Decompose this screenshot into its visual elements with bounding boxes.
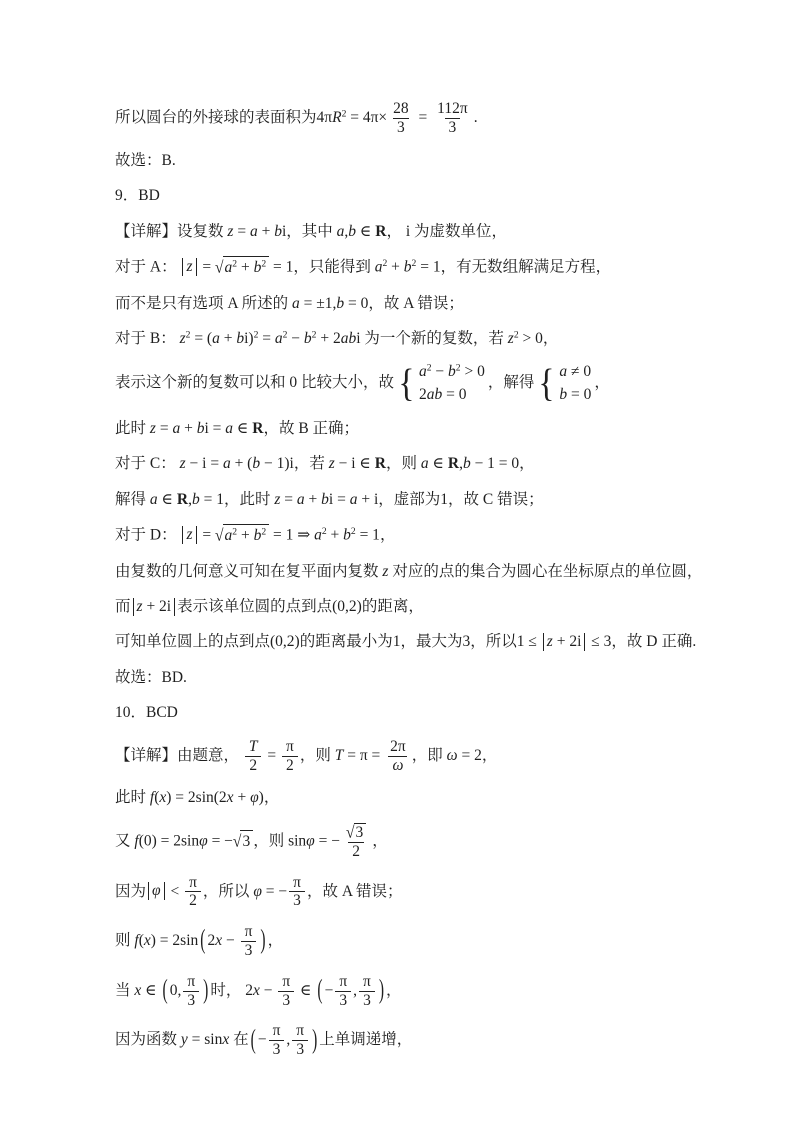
- close-paren: ): [203, 971, 208, 1010]
- math-run: 2π: [390, 738, 406, 755]
- paren-content: 2x − π3: [207, 923, 258, 960]
- text-run: ，若: [294, 455, 329, 472]
- text-run: 表示这个新的复数可以和: [115, 375, 289, 392]
- text-run: 因为: [115, 882, 146, 899]
- cases-row: 2ab = 0: [419, 386, 485, 405]
- text-run: ，则: [300, 747, 335, 764]
- superscript: 2: [261, 527, 266, 538]
- math-run: i =: [329, 491, 350, 508]
- text-run: 【详解】设复数: [115, 223, 227, 240]
- math-run: +: [305, 491, 322, 508]
- fraction-numerator: π: [282, 738, 298, 756]
- math-run: −: [325, 982, 334, 999]
- text-run: ，故 C 错误；: [448, 491, 544, 508]
- math-run: 2: [249, 757, 257, 774]
- cases-rows: a ≠ 0b = 0: [559, 363, 591, 404]
- math-run: π: [282, 973, 290, 990]
- absolute-value: z: [182, 258, 196, 276]
- fraction: π2: [185, 874, 201, 911]
- math-variable: b: [404, 258, 412, 275]
- open-paren: (: [163, 971, 168, 1010]
- text-run: 故选：BD.: [115, 669, 187, 686]
- math-run: ∈: [429, 455, 448, 472]
- fraction-denominator: ω: [388, 756, 407, 775]
- math-run: ≤ 3: [587, 633, 611, 650]
- paren-group: (−π3,π3): [249, 1022, 320, 1059]
- fraction-numerator: π: [335, 973, 351, 991]
- math-variable: b: [236, 330, 244, 347]
- math-run: + (: [231, 455, 253, 472]
- math-run: −: [222, 932, 239, 949]
- fraction-numerator: π: [269, 1022, 285, 1040]
- math-run: =: [280, 491, 297, 508]
- cases-rows: a2 − b2 > 02ab = 0: [419, 363, 485, 404]
- fraction-numerator: π: [292, 1022, 308, 1040]
- math-variable: a: [212, 330, 220, 347]
- math-run: +: [258, 223, 275, 240]
- math-variable: T: [249, 738, 258, 755]
- math-run: = 0: [442, 386, 466, 403]
- document-line: 解得 a ∈ R,b = 1，此时 z = a + bi = a + i，虚部为…: [115, 489, 715, 511]
- math-run: −: [258, 1031, 267, 1048]
- radical-sign-icon: √: [215, 524, 224, 548]
- text-run: 可知单位圆上的点到点: [115, 633, 270, 650]
- text-run: 对于 C：: [115, 455, 180, 472]
- math-run: 1: [440, 491, 448, 508]
- brace-icon: {: [398, 367, 414, 401]
- math-run: 3: [187, 992, 195, 1009]
- document-line: 【详解】由题意， T2 = π2，则 T = π = 2πω，即 ω = 2，: [115, 738, 715, 775]
- text-run: 当: [115, 982, 134, 999]
- fraction: π3: [359, 973, 375, 1010]
- fraction-numerator: T: [245, 738, 262, 756]
- math-run: (0) = 2sin: [139, 832, 199, 849]
- document-line: 而z + 2i表示该单位圆的点到点(0,2)的距离，: [115, 596, 715, 618]
- fraction-numerator: √3: [342, 823, 370, 842]
- math-variable: b: [559, 386, 567, 403]
- math-run: π: [286, 738, 294, 755]
- math-variable: ω: [392, 757, 403, 774]
- radicand: a2 + b2: [223, 256, 270, 279]
- math-run: = 2: [458, 747, 482, 764]
- fraction-denominator: 3: [359, 991, 375, 1010]
- fraction: π3: [278, 973, 294, 1010]
- math-variable: x: [253, 982, 260, 999]
- math-variable: a: [559, 363, 567, 380]
- fraction: T2: [245, 738, 262, 775]
- fraction: π3: [269, 1022, 285, 1059]
- fraction: π3: [241, 923, 257, 960]
- math-bold-set-symbol: R: [375, 223, 386, 240]
- fraction: π3: [183, 973, 199, 1010]
- math-variable: z: [186, 526, 192, 543]
- fraction-numerator: π: [289, 874, 305, 892]
- math-run: − i ∈: [335, 455, 375, 472]
- math-run: −: [287, 330, 304, 347]
- math-run: ≠ 0: [567, 363, 591, 380]
- radicand: 3: [240, 830, 253, 853]
- fraction: 2πω: [386, 738, 410, 775]
- text-run: ，其中: [286, 223, 336, 240]
- math-run: π: [187, 973, 195, 990]
- math-run: 3: [356, 824, 364, 841]
- absolute-value: φ: [148, 882, 165, 900]
- math-variable: b: [274, 223, 282, 240]
- text-run: ，: [268, 932, 284, 949]
- math-run: = 1: [200, 491, 224, 508]
- math-run: 3: [339, 992, 347, 1009]
- math-run: =: [264, 747, 281, 764]
- superscript: 2: [261, 259, 266, 270]
- fraction-denominator: 3: [335, 991, 351, 1010]
- math-variable: b: [192, 491, 200, 508]
- fraction-denominator: 3: [241, 941, 257, 960]
- math-run: = 4π×: [346, 109, 387, 126]
- document-line: 【详解】设复数 z = a + bi，其中 a,b ∈ R， i 为虚数单位，: [115, 221, 715, 243]
- math-run: − i =: [186, 455, 223, 472]
- math-run: 3: [242, 833, 250, 850]
- absolute-value: z + 2i: [133, 598, 176, 616]
- math-run: ∈: [158, 491, 177, 508]
- document-line: 此时 z = a + bi = a ∈ R，故 B 正确；: [115, 418, 715, 440]
- math-run: 112π: [437, 100, 468, 117]
- document-line: 对于 A： z = √a2 + b2 = 1，只能得到 a2 + b2 = 1，…: [115, 256, 715, 279]
- math-run: = 1 ⇒: [269, 526, 314, 543]
- math-run: 2: [419, 386, 427, 403]
- math-run: = 1: [269, 258, 293, 275]
- text-run: 9．BD: [115, 187, 160, 204]
- text-run: 比较大小，故: [297, 375, 394, 392]
- math-run: − 1)i: [260, 455, 294, 472]
- math-variable: φ: [253, 882, 262, 899]
- square-root: √3: [346, 823, 366, 842]
- math-run: 3: [397, 119, 405, 136]
- radicand: 3: [354, 823, 367, 842]
- document-line: 而不是只有选项 A 所述的 a = ±1,b = 0，故 A 错误；: [115, 293, 715, 315]
- math-run: 28: [393, 100, 409, 117]
- document-line: 10．BCD: [115, 702, 715, 724]
- math-bold-set-symbol: R: [177, 491, 188, 508]
- math-run: +: [234, 789, 251, 806]
- text-run: ，则: [253, 832, 288, 849]
- fraction-numerator: π: [359, 973, 375, 991]
- math-run: =: [199, 526, 216, 543]
- text-run: ，: [372, 832, 388, 849]
- document-line: 所以圆台的外接球的表面积为4πR2 = 4π×283 = 112π3.: [115, 100, 715, 137]
- text-run: 对于 B：: [115, 330, 180, 347]
- text-run: 解得: [115, 491, 150, 508]
- math-variable: a: [150, 491, 158, 508]
- math-bold-set-symbol: R: [252, 420, 263, 437]
- text-run: 而: [115, 598, 131, 615]
- math-run: 3: [293, 892, 301, 909]
- text-run: 因为函数: [115, 1031, 181, 1048]
- math-run: 2: [352, 843, 360, 860]
- fraction-numerator: 2π: [386, 738, 410, 756]
- fraction-denominator: 2: [282, 756, 298, 775]
- paren-group: (0,π3): [161, 973, 211, 1010]
- math-variable: b: [321, 491, 329, 508]
- math-run: +: [387, 258, 404, 275]
- math-run: =: [258, 330, 275, 347]
- radicand: a2 + b2: [223, 524, 270, 547]
- fraction-numerator: π: [183, 973, 199, 991]
- text-run: ， i 为虚数单位，: [386, 223, 507, 240]
- math-run: = 0: [344, 295, 368, 312]
- text-run: ，: [543, 330, 559, 347]
- paren-content: −π3,π3: [325, 973, 377, 1010]
- math-variable: a: [225, 420, 233, 437]
- math-run: i): [244, 330, 253, 347]
- math-variable: a: [250, 223, 258, 240]
- text-run: ，: [482, 747, 498, 764]
- close-paren: ): [260, 922, 265, 961]
- math-run: <: [167, 882, 184, 899]
- math-run: ∈: [141, 982, 160, 999]
- math-run: π: [363, 973, 371, 990]
- document-line: 故选：BD.: [115, 667, 715, 689]
- text-run: 故选：B.: [115, 152, 176, 169]
- text-run: ，则: [386, 455, 421, 472]
- text-run: 则: [115, 932, 134, 949]
- text-run: 为一个新的复数，若: [361, 330, 508, 347]
- cases-row: a2 − b2 > 0: [419, 363, 485, 382]
- square-root: √3: [233, 830, 253, 853]
- fraction-denominator: 3: [289, 891, 305, 910]
- math-run: i =: [204, 420, 225, 437]
- fraction-numerator: 112π: [433, 100, 472, 118]
- paren-group: (−π3,π3): [315, 973, 386, 1010]
- math-run: = (: [190, 330, 212, 347]
- math-run: 3: [245, 942, 253, 959]
- radical-sign-icon: √: [215, 256, 224, 280]
- fraction-numerator: 28: [389, 100, 413, 118]
- math-run: ) = 2sin(2: [166, 789, 226, 806]
- text-run: ，此时: [224, 491, 274, 508]
- document-line: 当 x ∈ (0,π3)时， 2x − π3 ∈ (−π3,π3)，: [115, 973, 715, 1010]
- math-run: 4π: [317, 109, 333, 126]
- math-run: 3: [296, 1041, 304, 1058]
- math-variable: a: [297, 491, 305, 508]
- text-run: ，所以: [470, 633, 517, 650]
- text-run: 时，: [210, 982, 245, 999]
- math-run: ∈: [356, 223, 375, 240]
- math-variable: x: [227, 789, 234, 806]
- absolute-value: z: [182, 526, 196, 544]
- math-run: + 2: [316, 330, 340, 347]
- math-run: (0,2): [270, 633, 300, 650]
- paren-group: (2x − π3): [198, 923, 267, 960]
- math-variable: y: [181, 1031, 188, 1048]
- math-variable: a: [314, 526, 322, 543]
- text-run: ，故 B 正确；: [263, 420, 359, 437]
- fraction-denominator: 3: [278, 991, 294, 1010]
- document-line: 表示这个新的复数可以和 0 比较大小，故{a2 − b2 > 02ab = 0，…: [115, 363, 715, 404]
- text-run: 对于 D：: [115, 526, 180, 543]
- text-run: ，故 D 正确.: [611, 633, 696, 650]
- math-run: =: [233, 223, 250, 240]
- text-run: 上单调递增，: [319, 1031, 412, 1048]
- math-run: +: [220, 330, 237, 347]
- math-run: = 1: [356, 526, 380, 543]
- document-line: 故选：B.: [115, 150, 715, 172]
- math-variable: a: [275, 330, 283, 347]
- math-run: 3: [282, 992, 290, 1009]
- text-run: ，最大为: [400, 633, 462, 650]
- document-line: 因为φ < π2，所以 φ = −π3，故 A 错误；: [115, 874, 715, 911]
- math-run: > 0: [461, 363, 485, 380]
- fraction: 112π3: [433, 100, 472, 137]
- math-run: +: [327, 526, 344, 543]
- math-variable: b: [304, 330, 312, 347]
- math-run: π: [245, 923, 253, 940]
- cases-group: {a2 − b2 > 02ab = 0: [397, 363, 485, 404]
- fraction: √32: [342, 823, 370, 861]
- math-run: ,: [286, 1031, 290, 1048]
- text-run: 又: [115, 832, 134, 849]
- math-run: sin: [288, 832, 306, 849]
- fraction-denominator: 3: [269, 1040, 285, 1059]
- math-run: = π =: [343, 747, 384, 764]
- text-run: ，: [594, 375, 610, 392]
- cases-row: a ≠ 0: [559, 363, 591, 382]
- math-run: 3: [449, 119, 457, 136]
- document-line: 又 f(0) = 2sinφ = −√3，则 sinφ = −√32，: [115, 823, 715, 861]
- math-variable: b: [348, 223, 356, 240]
- fraction-denominator: 2: [245, 756, 261, 775]
- fraction-numerator: π: [241, 923, 257, 941]
- fraction-denominator: 3: [183, 991, 199, 1010]
- math-variable: b: [252, 455, 260, 472]
- math-run: ,: [353, 982, 357, 999]
- math-run: π: [296, 1022, 304, 1039]
- math-run: +: [237, 259, 254, 276]
- square-root: √a2 + b2: [215, 524, 269, 547]
- open-paren: (: [251, 1021, 256, 1060]
- math-run: =: [415, 109, 432, 126]
- fraction-denominator: 2: [348, 842, 364, 861]
- math-run: π: [189, 874, 197, 891]
- text-run: ，所以: [203, 882, 253, 899]
- close-paren: ): [312, 1021, 317, 1060]
- math-variable: a: [419, 363, 427, 380]
- radical-sign-icon: √: [346, 823, 355, 842]
- text-run: ，: [386, 982, 402, 999]
- fraction: π3: [335, 973, 351, 1010]
- fraction: π3: [289, 874, 305, 911]
- text-run: 的距离，: [362, 598, 424, 615]
- text-run: 10．BCD: [115, 704, 178, 721]
- text-run: 的距离最小为: [300, 633, 393, 650]
- math-run: π: [339, 973, 347, 990]
- math-run: = 1: [416, 258, 440, 275]
- math-variable: b: [448, 363, 456, 380]
- document-line: 对于 C： z − i = a + (b − 1)i，若 z − i ∈ R，则…: [115, 453, 715, 475]
- math-run: 0: [289, 375, 297, 392]
- fraction-denominator: 3: [292, 1040, 308, 1059]
- math-run: −: [260, 982, 277, 999]
- document-line: 对于 D： z = √a2 + b2 = 1 ⇒ a2 + b2 = 1，: [115, 524, 715, 547]
- fraction-denominator: 3: [393, 118, 409, 137]
- document-line: 由复数的几何意义可知在复平面内复数 z 对应的点的集合为圆心在坐标原点的单位圆，: [115, 561, 715, 583]
- math-run: − 1 = 0: [471, 455, 519, 472]
- cases-row: b = 0: [559, 386, 591, 405]
- open-paren: (: [317, 971, 322, 1010]
- document-line: 则 f(x) = 2sin(2x − π3)，: [115, 923, 715, 960]
- brace-icon: {: [539, 367, 555, 401]
- radical-sign-icon: √: [233, 830, 242, 854]
- math-run: =: [156, 420, 173, 437]
- math-run: π: [293, 874, 301, 891]
- math-bold-set-symbol: R: [375, 455, 386, 472]
- document-line: 9．BD: [115, 185, 715, 207]
- math-run: ∈: [233, 420, 252, 437]
- fraction: 283: [389, 100, 413, 137]
- math-run: +: [237, 527, 254, 544]
- document-line: 因为函数 y = sinx 在(−π3,π3)上单调递增，: [115, 1022, 715, 1059]
- math-variable: z: [186, 258, 192, 275]
- document-content: 所以圆台的外接球的表面积为4πR2 = 4π×283 = 112π3.故选：B.…: [115, 100, 715, 1059]
- document-line: 可知单位圆上的点到点(0,2)的距离最小为1，最大为3，所以1 ≤ z + 2i…: [115, 631, 715, 653]
- math-run: + i: [357, 491, 378, 508]
- text-run: ，解得: [488, 375, 535, 392]
- text-run: ，故 A 错误；: [307, 882, 403, 899]
- math-run: + 2i: [143, 598, 172, 615]
- text-run: ，有无数组解满足方程，: [441, 258, 612, 275]
- math-variable: b: [336, 295, 344, 312]
- fraction: π2: [282, 738, 298, 775]
- math-variable: φ: [152, 882, 161, 899]
- math-run: 3: [363, 992, 371, 1009]
- document-line: 对于 B： z2 = (a + bi)2 = a2 − b2 + 2abi 为一…: [115, 328, 715, 350]
- document-page: 所以圆台的外接球的表面积为4πR2 = 4π×283 = 112π3.故选：B.…: [0, 0, 800, 1131]
- text-run: 在: [229, 1031, 248, 1048]
- math-variable: ab: [427, 386, 443, 403]
- math-variable: R: [332, 109, 341, 126]
- math-variable: φ: [199, 832, 208, 849]
- text-run: ，只能得到: [293, 258, 374, 275]
- text-run: 对于 A：: [115, 258, 180, 275]
- text-run: ，: [519, 455, 535, 472]
- text-run: ，虚部为: [378, 491, 440, 508]
- math-variable: b: [463, 455, 471, 472]
- math-run: = sin: [188, 1031, 223, 1048]
- close-paren: ): [379, 971, 384, 1010]
- math-variable: a: [375, 258, 383, 275]
- text-run: ，故 A 错误；: [368, 295, 464, 312]
- text-run: ，即: [412, 747, 447, 764]
- text-run: 对应的点的集合为圆心在坐标原点的单位圆，: [388, 563, 702, 580]
- text-run: 而不是只有选项 A 所述的: [115, 295, 292, 312]
- math-run: 2: [245, 982, 253, 999]
- paren-content: −π3,π3: [258, 1022, 310, 1059]
- text-run: 由复数的几何意义可知在复平面内复数: [115, 563, 382, 580]
- math-run: 0,: [170, 982, 182, 999]
- math-run: π: [273, 1022, 281, 1039]
- math-run: 2: [286, 757, 294, 774]
- text-run: 【详解】由题意，: [115, 747, 243, 764]
- math-run: +: [180, 420, 197, 437]
- math-variable: ω: [447, 747, 458, 764]
- fraction-denominator: 3: [445, 118, 461, 137]
- math-run: = ±1,: [300, 295, 337, 312]
- math-variable: ab: [341, 330, 357, 347]
- math-variable: b: [343, 526, 351, 543]
- math-run: ∈: [296, 982, 315, 999]
- math-run: ) = 2sin: [151, 932, 199, 949]
- math-run: 2: [189, 892, 197, 909]
- text-run: 此时: [115, 420, 150, 437]
